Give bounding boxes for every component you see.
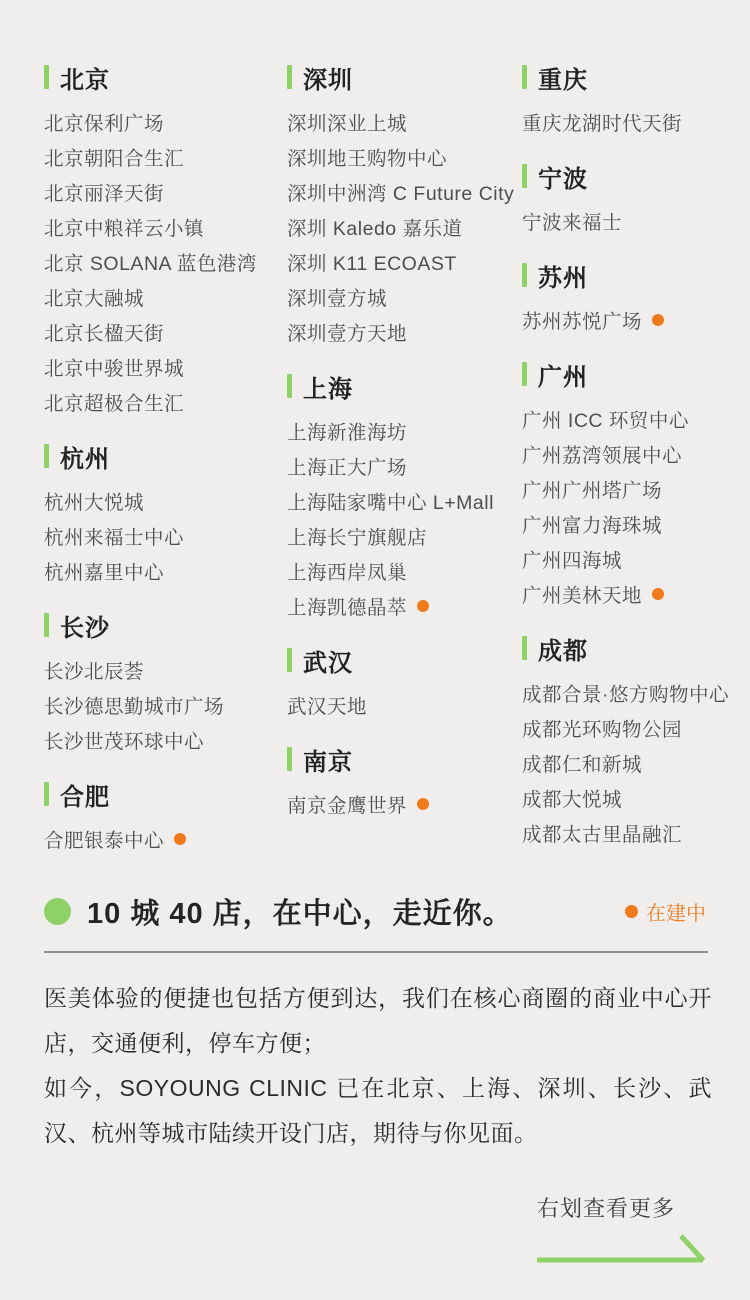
store-item: 深圳 K11 ECOAST	[287, 244, 522, 279]
store-item: 长沙世茂环球中心	[44, 722, 287, 757]
store-name: 成都合景·悠方购物中心	[522, 679, 729, 707]
city-header: 杭州	[44, 441, 287, 471]
under-construction-dot-icon	[652, 314, 664, 326]
city-header-bar-icon	[287, 65, 292, 89]
store-column-1: 北京 北京保利广场 北京朝阳合生汇 北京丽泽天街 北京中粮祥云小镇 北京 SOL…	[44, 62, 287, 856]
store-item: 深圳壹方天地	[287, 314, 522, 349]
city-name: 杭州	[60, 439, 110, 474]
city-section: 成都 成都合景·悠方购物中心 成都光环购物公园 成都仁和新城 成都大悦城 成都太…	[522, 633, 738, 850]
city-header-bar-icon	[522, 164, 527, 188]
store-name: 深圳中洲湾 C Future City	[287, 178, 514, 206]
store-item: 成都光环购物公园	[522, 710, 738, 745]
store-name: 成都太古里晶融汇	[522, 819, 682, 847]
store-name: 杭州来福士中心	[44, 522, 184, 550]
store-item: 北京中骏世界城	[44, 349, 287, 384]
store-item: 上海凯德晶萃	[287, 588, 522, 623]
city-header-bar-icon	[522, 636, 527, 660]
store-name: 杭州大悦城	[44, 487, 144, 515]
store-item: 苏州苏悦广场	[522, 302, 738, 337]
store-name: 北京保利广场	[44, 108, 164, 136]
store-item: 深圳中洲湾 C Future City	[287, 174, 522, 209]
store-name: 合肥银泰中心	[44, 825, 164, 853]
store-item: 杭州大悦城	[44, 483, 287, 518]
store-item: 上海新淮海坊	[287, 413, 522, 448]
store-name: 广州荔湾领展中心	[522, 440, 682, 468]
store-name: 长沙德思勤城市广场	[44, 691, 224, 719]
store-name: 深圳壹方天地	[287, 318, 407, 346]
city-name: 广州	[538, 357, 588, 392]
city-section: 杭州 杭州大悦城 杭州来福士中心 杭州嘉里中心	[44, 441, 287, 588]
store-list: 长沙北辰荟 长沙德思勤城市广场 长沙世茂环球中心	[44, 652, 287, 757]
store-columns: 北京 北京保利广场 北京朝阳合生汇 北京丽泽天街 北京中粮祥云小镇 北京 SOL…	[44, 62, 738, 856]
city-header: 南京	[287, 744, 522, 774]
store-item: 重庆龙湖时代天街	[522, 104, 738, 139]
city-name: 武汉	[303, 643, 353, 678]
city-section: 武汉 武汉天地	[287, 645, 522, 722]
store-list: 宁波来福士	[522, 203, 738, 238]
store-list: 南京金鹰世界	[287, 786, 522, 821]
city-header: 长沙	[44, 610, 287, 640]
store-name: 深圳壹方城	[287, 283, 387, 311]
city-header-bar-icon	[287, 648, 292, 672]
city-header-bar-icon	[287, 747, 292, 771]
store-item: 成都合景·悠方购物中心	[522, 675, 738, 710]
store-item: 武汉天地	[287, 687, 522, 722]
city-header: 重庆	[522, 62, 738, 92]
swipe-more-hint[interactable]: 右划查看更多	[537, 1192, 705, 1263]
store-name: 北京中粮祥云小镇	[44, 213, 204, 241]
city-name: 上海	[303, 369, 353, 404]
city-name: 合肥	[60, 777, 110, 812]
store-item: 广州荔湾领展中心	[522, 436, 738, 471]
store-item: 深圳壹方城	[287, 279, 522, 314]
city-header: 宁波	[522, 161, 738, 191]
store-name: 广州富力海珠城	[522, 510, 662, 538]
store-name: 长沙北辰荟	[44, 656, 144, 684]
store-item: 南京金鹰世界	[287, 786, 522, 821]
store-column-2: 深圳 深圳深业上城 深圳地王购物中心 深圳中洲湾 C Future City 深…	[287, 62, 522, 856]
city-header-bar-icon	[44, 782, 49, 806]
store-item: 北京中粮祥云小镇	[44, 209, 287, 244]
store-item: 深圳 Kaledo 嘉乐道	[287, 209, 522, 244]
store-locations-page: 北京 北京保利广场 北京朝阳合生汇 北京丽泽天街 北京中粮祥云小镇 北京 SOL…	[0, 0, 750, 1300]
store-item: 广州 ICC 环贸中心	[522, 401, 738, 436]
store-name: 上海陆家嘴中心 L+Mall	[287, 487, 494, 515]
store-item: 长沙北辰荟	[44, 652, 287, 687]
store-item: 成都仁和新城	[522, 745, 738, 780]
city-section: 合肥 合肥银泰中心	[44, 779, 287, 856]
under-construction-dot-icon	[417, 798, 429, 810]
store-item: 上海长宁旗舰店	[287, 518, 522, 553]
store-item: 北京长楹天街	[44, 314, 287, 349]
store-item: 北京超极合生汇	[44, 384, 287, 419]
description-paragraph-2: 如今，SOYOUNG CLINIC 已在北京、上海、深圳、长沙、武汉、杭州等城市…	[44, 1066, 712, 1156]
swipe-more-label: 右划查看更多	[537, 1192, 705, 1223]
city-name: 成都	[538, 631, 588, 666]
store-name: 广州 ICC 环贸中心	[522, 405, 689, 433]
store-name: 长沙世茂环球中心	[44, 726, 204, 754]
city-header-bar-icon	[522, 362, 527, 386]
store-list: 苏州苏悦广场	[522, 302, 738, 337]
store-item: 北京大融城	[44, 279, 287, 314]
city-section: 南京 南京金鹰世界	[287, 744, 522, 821]
store-list: 北京保利广场 北京朝阳合生汇 北京丽泽天街 北京中粮祥云小镇 北京 SOLANA…	[44, 104, 287, 419]
store-item: 上海陆家嘴中心 L+Mall	[287, 483, 522, 518]
store-item: 杭州来福士中心	[44, 518, 287, 553]
divider	[44, 951, 708, 953]
city-section: 宁波 宁波来福士	[522, 161, 738, 238]
city-name: 宁波	[538, 159, 588, 194]
store-name: 深圳深业上城	[287, 108, 407, 136]
city-header: 武汉	[287, 645, 522, 675]
city-section: 重庆 重庆龙湖时代天街	[522, 62, 738, 139]
city-header: 上海	[287, 371, 522, 401]
store-list: 武汉天地	[287, 687, 522, 722]
store-name: 成都光环购物公园	[522, 714, 682, 742]
city-name: 深圳	[303, 60, 353, 95]
city-header-bar-icon	[44, 613, 49, 637]
store-name: 北京 SOLANA 蓝色港湾	[44, 248, 257, 276]
store-name: 深圳 K11 ECOAST	[287, 248, 457, 276]
city-section: 广州 广州 ICC 环贸中心 广州荔湾领展中心 广州广州塔广场 广州富力海珠城 …	[522, 359, 738, 611]
store-item: 广州四海城	[522, 541, 738, 576]
store-name: 南京金鹰世界	[287, 790, 407, 818]
store-list: 广州 ICC 环贸中心 广州荔湾领展中心 广州广州塔广场 广州富力海珠城 广州四…	[522, 401, 738, 611]
under-construction-dot-icon	[174, 833, 186, 845]
store-name: 上海长宁旗舰店	[287, 522, 427, 550]
store-name: 重庆龙湖时代天街	[522, 108, 682, 136]
store-list: 重庆龙湖时代天街	[522, 104, 738, 139]
city-section: 北京 北京保利广场 北京朝阳合生汇 北京丽泽天街 北京中粮祥云小镇 北京 SOL…	[44, 62, 287, 419]
under-construction-label: 在建中	[646, 897, 706, 926]
store-item: 上海西岸凤巢	[287, 553, 522, 588]
store-name: 北京超极合生汇	[44, 388, 184, 416]
store-name: 上海正大广场	[287, 452, 407, 480]
city-name: 南京	[303, 742, 353, 777]
store-name: 广州广州塔广场	[522, 475, 662, 503]
under-construction-legend: 在建中	[625, 897, 706, 926]
store-name: 成都仁和新城	[522, 749, 642, 777]
city-section: 苏州 苏州苏悦广场	[522, 260, 738, 337]
city-header: 成都	[522, 633, 738, 663]
store-column-3: 重庆 重庆龙湖时代天街 宁波 宁波来福士 苏州 苏州苏悦广场 广州	[522, 62, 738, 856]
store-list: 合肥银泰中心	[44, 821, 287, 856]
store-item: 广州美林天地	[522, 576, 738, 611]
city-header: 深圳	[287, 62, 522, 92]
store-name: 深圳 Kaledo 嘉乐道	[287, 213, 463, 241]
store-name: 宁波来福士	[522, 207, 622, 235]
store-item: 成都大悦城	[522, 780, 738, 815]
store-item: 北京丽泽天街	[44, 174, 287, 209]
store-name: 北京中骏世界城	[44, 353, 184, 381]
store-item: 成都太古里晶融汇	[522, 815, 738, 850]
city-section: 上海 上海新淮海坊 上海正大广场 上海陆家嘴中心 L+Mall 上海长宁旗舰店 …	[287, 371, 522, 623]
store-name: 上海西岸凤巢	[287, 557, 407, 585]
store-name: 广州四海城	[522, 545, 622, 573]
store-list: 深圳深业上城 深圳地王购物中心 深圳中洲湾 C Future City 深圳 K…	[287, 104, 522, 349]
store-list: 杭州大悦城 杭州来福士中心 杭州嘉里中心	[44, 483, 287, 588]
store-item: 合肥银泰中心	[44, 821, 287, 856]
description-paragraph-1: 医美体验的便捷也包括方便到达，我们在核心商圈的商业中心开店，交通便利，停车方便；	[44, 976, 712, 1066]
store-name: 杭州嘉里中心	[44, 557, 164, 585]
store-name: 北京丽泽天街	[44, 178, 164, 206]
under-construction-dot-icon	[652, 588, 664, 600]
city-header-bar-icon	[522, 263, 527, 287]
store-item: 北京 SOLANA 蓝色港湾	[44, 244, 287, 279]
headline-row: 10 城 40 店，在中心，走近你。 在建中	[44, 891, 706, 932]
store-name: 北京大融城	[44, 283, 144, 311]
swipe-arrow-icon	[537, 1229, 705, 1263]
store-item: 宁波来福士	[522, 203, 738, 238]
city-name: 北京	[60, 60, 110, 95]
store-name: 北京朝阳合生汇	[44, 143, 184, 171]
city-header: 合肥	[44, 779, 287, 809]
store-name: 深圳地王购物中心	[287, 143, 447, 171]
city-header-bar-icon	[44, 65, 49, 89]
store-item: 广州广州塔广场	[522, 471, 738, 506]
city-header-bar-icon	[44, 444, 49, 468]
store-item: 深圳深业上城	[287, 104, 522, 139]
store-item: 北京朝阳合生汇	[44, 139, 287, 174]
store-item: 广州富力海珠城	[522, 506, 738, 541]
city-section: 深圳 深圳深业上城 深圳地王购物中心 深圳中洲湾 C Future City 深…	[287, 62, 522, 349]
city-header-bar-icon	[287, 374, 292, 398]
city-header: 广州	[522, 359, 738, 389]
store-item: 杭州嘉里中心	[44, 553, 287, 588]
city-header-bar-icon	[522, 65, 527, 89]
store-name: 成都大悦城	[522, 784, 622, 812]
store-name: 上海凯德晶萃	[287, 592, 407, 620]
store-item: 长沙德思勤城市广场	[44, 687, 287, 722]
store-name: 武汉天地	[287, 691, 367, 719]
store-list: 上海新淮海坊 上海正大广场 上海陆家嘴中心 L+Mall 上海长宁旗舰店 上海西…	[287, 413, 522, 623]
store-item: 上海正大广场	[287, 448, 522, 483]
description-paragraphs: 医美体验的便捷也包括方便到达，我们在核心商圈的商业中心开店，交通便利，停车方便；…	[44, 976, 712, 1156]
city-header: 北京	[44, 62, 287, 92]
green-dot-icon	[44, 898, 71, 925]
under-construction-dot-icon	[417, 600, 429, 612]
store-name: 北京长楹天街	[44, 318, 164, 346]
city-header: 苏州	[522, 260, 738, 290]
city-name: 苏州	[538, 258, 588, 293]
city-section: 长沙 长沙北辰荟 长沙德思勤城市广场 长沙世茂环球中心	[44, 610, 287, 757]
store-name: 上海新淮海坊	[287, 417, 407, 445]
under-construction-dot-icon	[625, 905, 638, 918]
store-item: 北京保利广场	[44, 104, 287, 139]
store-list: 成都合景·悠方购物中心 成都光环购物公园 成都仁和新城 成都大悦城 成都太古里晶…	[522, 675, 738, 850]
store-name: 广州美林天地	[522, 580, 642, 608]
city-name: 长沙	[60, 608, 110, 643]
store-name: 苏州苏悦广场	[522, 306, 642, 334]
store-item: 深圳地王购物中心	[287, 139, 522, 174]
city-name: 重庆	[538, 60, 588, 95]
headline-text: 10 城 40 店，在中心，走近你。	[87, 891, 513, 932]
